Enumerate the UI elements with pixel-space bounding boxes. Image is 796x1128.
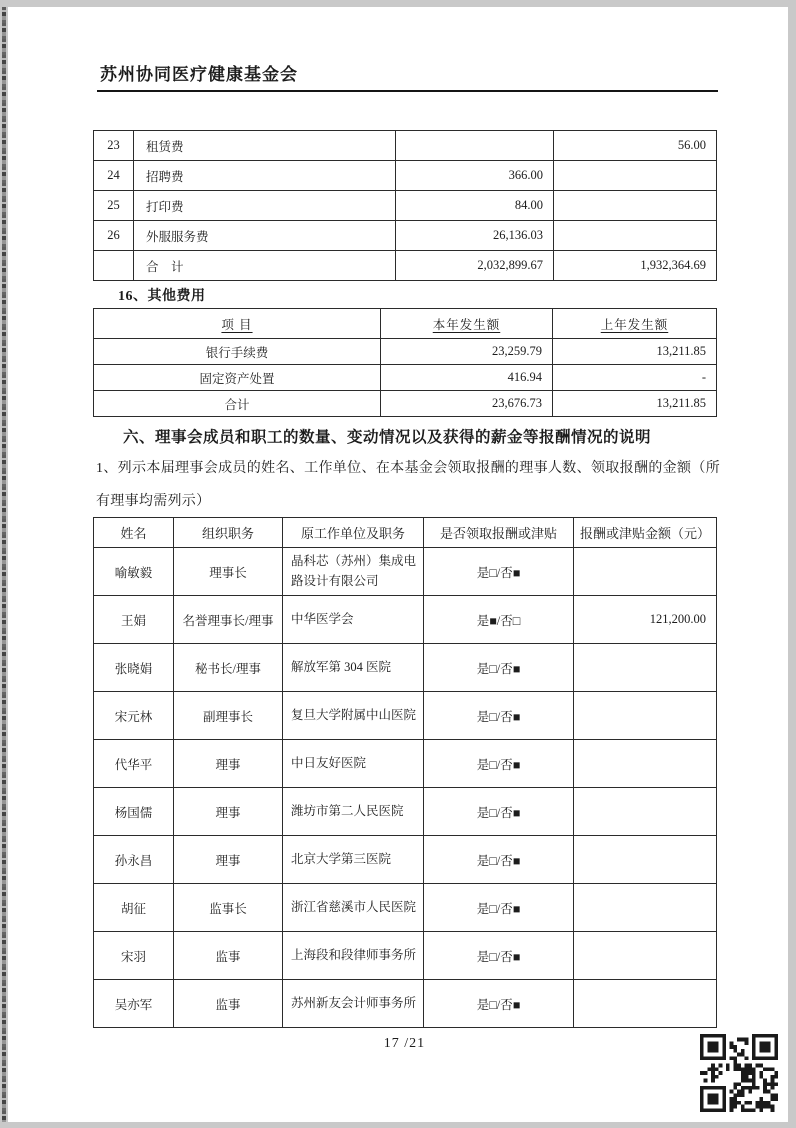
- paid-checkbox-cell: 是□/否■: [424, 740, 574, 788]
- table-row: 银行手续费 23,259.79 13,211.85: [94, 339, 717, 365]
- remuneration-amount-cell: [574, 836, 717, 884]
- current-year-amount-cell: 26,136.03: [396, 221, 554, 251]
- current-year-amount-cell: 2,032,899.67: [396, 251, 554, 281]
- table-row: 胡征 监事长 浙江省慈溪市人民医院 是□/否■: [94, 884, 717, 932]
- prior-year-amount-cell: -: [553, 365, 717, 391]
- remuneration-amount-cell: 121,200.00: [574, 596, 717, 644]
- paid-checkbox-cell: 是□/否■: [424, 884, 574, 932]
- column-header: 姓名: [94, 518, 174, 548]
- paid-checkbox-cell: 是□/否■: [424, 548, 574, 596]
- scan-edge-artifact: [2, 7, 6, 1122]
- org-position-cell: 理事: [174, 788, 283, 836]
- work-unit-cell: 中日友好医院: [283, 740, 424, 788]
- work-unit-cell: 中华医学会: [283, 596, 424, 644]
- column-header: 上年发生额: [553, 309, 717, 339]
- prior-year-amount-cell: [554, 221, 717, 251]
- org-position-cell: 副理事长: [174, 692, 283, 740]
- table-row: 固定资产处置 416.94 -: [94, 365, 717, 391]
- expense-name-cell: 外服服务费: [134, 221, 396, 251]
- member-name-cell: 宋羽: [94, 932, 174, 980]
- section-six-heading: 六、理事会成员和职工的数量、变动情况以及获得的薪金等报酬情况的说明: [123, 425, 651, 447]
- header-rule: [97, 90, 718, 92]
- row-number-cell: 24: [94, 161, 134, 191]
- other-expense-table: 项 目本年发生额上年发生额 银行手续费 23,259.79 13,211.85 …: [93, 308, 717, 417]
- paid-checkbox-cell: 是□/否■: [424, 836, 574, 884]
- table-row: 合计 23,676.73 13,211.85: [94, 391, 717, 417]
- org-position-cell: 理事: [174, 836, 283, 884]
- remuneration-amount-cell: [574, 980, 717, 1028]
- org-position-cell: 理事: [174, 740, 283, 788]
- current-year-amount-cell: 23,676.73: [381, 391, 553, 417]
- expense-name-cell: 打印费: [134, 191, 396, 221]
- expense-name-cell: 招聘费: [134, 161, 396, 191]
- expense-continuation-table: 23 租赁费 56.00 24 招聘费 366.00 25 打印费 84.00 …: [93, 130, 717, 281]
- current-year-amount-cell: 366.00: [396, 161, 554, 191]
- current-year-amount-cell: 416.94: [381, 365, 553, 391]
- remuneration-amount-cell: [574, 932, 717, 980]
- table-row: 26 外服服务费 26,136.03: [94, 221, 717, 251]
- table-row: 代华平 理事 中日友好医院 是□/否■: [94, 740, 717, 788]
- item-cell: 银行手续费: [94, 339, 381, 365]
- column-header: 报酬或津贴金额（元）: [574, 518, 717, 548]
- member-name-cell: 张晓娟: [94, 644, 174, 692]
- work-unit-cell: 北京大学第三医院: [283, 836, 424, 884]
- row-number-cell: 25: [94, 191, 134, 221]
- table-row: 喻敏毅 理事长 晶科芯（苏州）集成电路设计有限公司 是□/否■: [94, 548, 717, 596]
- column-header: 本年发生额: [381, 309, 553, 339]
- table-row: 宋羽 监事 上海段和段律师事务所 是□/否■: [94, 932, 717, 980]
- work-unit-cell: 解放军第 304 医院: [283, 644, 424, 692]
- row-number-cell: 26: [94, 221, 134, 251]
- member-name-cell: 杨国儒: [94, 788, 174, 836]
- table-row: 孙永昌 理事 北京大学第三医院 是□/否■: [94, 836, 717, 884]
- remuneration-amount-cell: [574, 548, 717, 596]
- remuneration-amount-cell: [574, 788, 717, 836]
- paid-checkbox-cell: 是□/否■: [424, 788, 574, 836]
- table-row: 23 租赁费 56.00: [94, 131, 717, 161]
- table-row: 25 打印费 84.00: [94, 191, 717, 221]
- remuneration-amount-cell: [574, 692, 717, 740]
- remuneration-amount-cell: [574, 740, 717, 788]
- paid-checkbox-cell: 是□/否■: [424, 644, 574, 692]
- current-year-amount-cell: 23,259.79: [381, 339, 553, 365]
- prior-year-amount-cell: [554, 161, 717, 191]
- current-year-amount-cell: [396, 131, 554, 161]
- expense-name-cell: 合 计: [134, 251, 396, 281]
- other-expense-heading: 16、其他费用: [118, 285, 206, 305]
- table-row: 杨国儒 理事 潍坊市第二人民医院 是□/否■: [94, 788, 717, 836]
- prior-year-amount-cell: 1,932,364.69: [554, 251, 717, 281]
- member-name-cell: 吴亦军: [94, 980, 174, 1028]
- row-number-cell: 23: [94, 131, 134, 161]
- row-number-cell: [94, 251, 134, 281]
- member-name-cell: 王娟: [94, 596, 174, 644]
- member-name-cell: 胡征: [94, 884, 174, 932]
- prior-year-amount-cell: [554, 191, 717, 221]
- qr-code-icon: [700, 1034, 778, 1112]
- table-row: 合 计 2,032,899.67 1,932,364.69: [94, 251, 717, 281]
- work-unit-cell: 复旦大学附属中山医院: [283, 692, 424, 740]
- org-position-cell: 监事长: [174, 884, 283, 932]
- item-cell: 合计: [94, 391, 381, 417]
- scanned-report-page: 苏州协同医疗健康基金会 23 租赁费 56.00 24 招聘费 366.00 2…: [0, 0, 796, 1128]
- board-members-table: 姓名组织职务原工作单位及职务是否领取报酬或津贴报酬或津贴金额（元） 喻敏毅 理事…: [93, 517, 717, 1028]
- org-position-cell: 秘书长/理事: [174, 644, 283, 692]
- paid-checkbox-cell: 是■/否□: [424, 596, 574, 644]
- work-unit-cell: 潍坊市第二人民医院: [283, 788, 424, 836]
- org-position-cell: 名誉理事长/理事: [174, 596, 283, 644]
- table-row: 王娟 名誉理事长/理事 中华医学会 是■/否□ 121,200.00: [94, 596, 717, 644]
- page-number: 17 /21: [93, 1036, 716, 1052]
- column-header: 原工作单位及职务: [283, 518, 424, 548]
- expense-name-cell: 租赁费: [134, 131, 396, 161]
- work-unit-cell: 上海段和段律师事务所: [283, 932, 424, 980]
- work-unit-cell: 苏州新友会计师事务所: [283, 980, 424, 1028]
- paid-checkbox-cell: 是□/否■: [424, 980, 574, 1028]
- member-name-cell: 孙永昌: [94, 836, 174, 884]
- prior-year-amount-cell: 56.00: [554, 131, 717, 161]
- org-position-cell: 理事长: [174, 548, 283, 596]
- table-row: 宋元林 副理事长 复旦大学附属中山医院 是□/否■: [94, 692, 717, 740]
- work-unit-cell: 浙江省慈溪市人民医院: [283, 884, 424, 932]
- remuneration-amount-cell: [574, 884, 717, 932]
- org-position-cell: 监事: [174, 932, 283, 980]
- prior-year-amount-cell: 13,211.85: [553, 339, 717, 365]
- member-name-cell: 宋元林: [94, 692, 174, 740]
- member-name-cell: 代华平: [94, 740, 174, 788]
- paid-checkbox-cell: 是□/否■: [424, 692, 574, 740]
- org-title: 苏州协同医疗健康基金会: [100, 60, 298, 85]
- current-year-amount-cell: 84.00: [396, 191, 554, 221]
- table-row: 24 招聘费 366.00: [94, 161, 717, 191]
- section-six-paragraph: 1、列示本届理事会成员的姓名、工作单位、在本基金会领取报酬的理事人数、领取报酬的…: [96, 452, 720, 518]
- paid-checkbox-cell: 是□/否■: [424, 932, 574, 980]
- prior-year-amount-cell: 13,211.85: [553, 391, 717, 417]
- column-header: 项 目: [94, 309, 381, 339]
- table-row: 吴亦军 监事 苏州新友会计师事务所 是□/否■: [94, 980, 717, 1028]
- org-position-cell: 监事: [174, 980, 283, 1028]
- member-name-cell: 喻敏毅: [94, 548, 174, 596]
- column-header: 组织职务: [174, 518, 283, 548]
- work-unit-cell: 晶科芯（苏州）集成电路设计有限公司: [283, 548, 424, 596]
- remuneration-amount-cell: [574, 644, 717, 692]
- table-row: 张晓娟 秘书长/理事 解放军第 304 医院 是□/否■: [94, 644, 717, 692]
- column-header: 是否领取报酬或津贴: [424, 518, 574, 548]
- item-cell: 固定资产处置: [94, 365, 381, 391]
